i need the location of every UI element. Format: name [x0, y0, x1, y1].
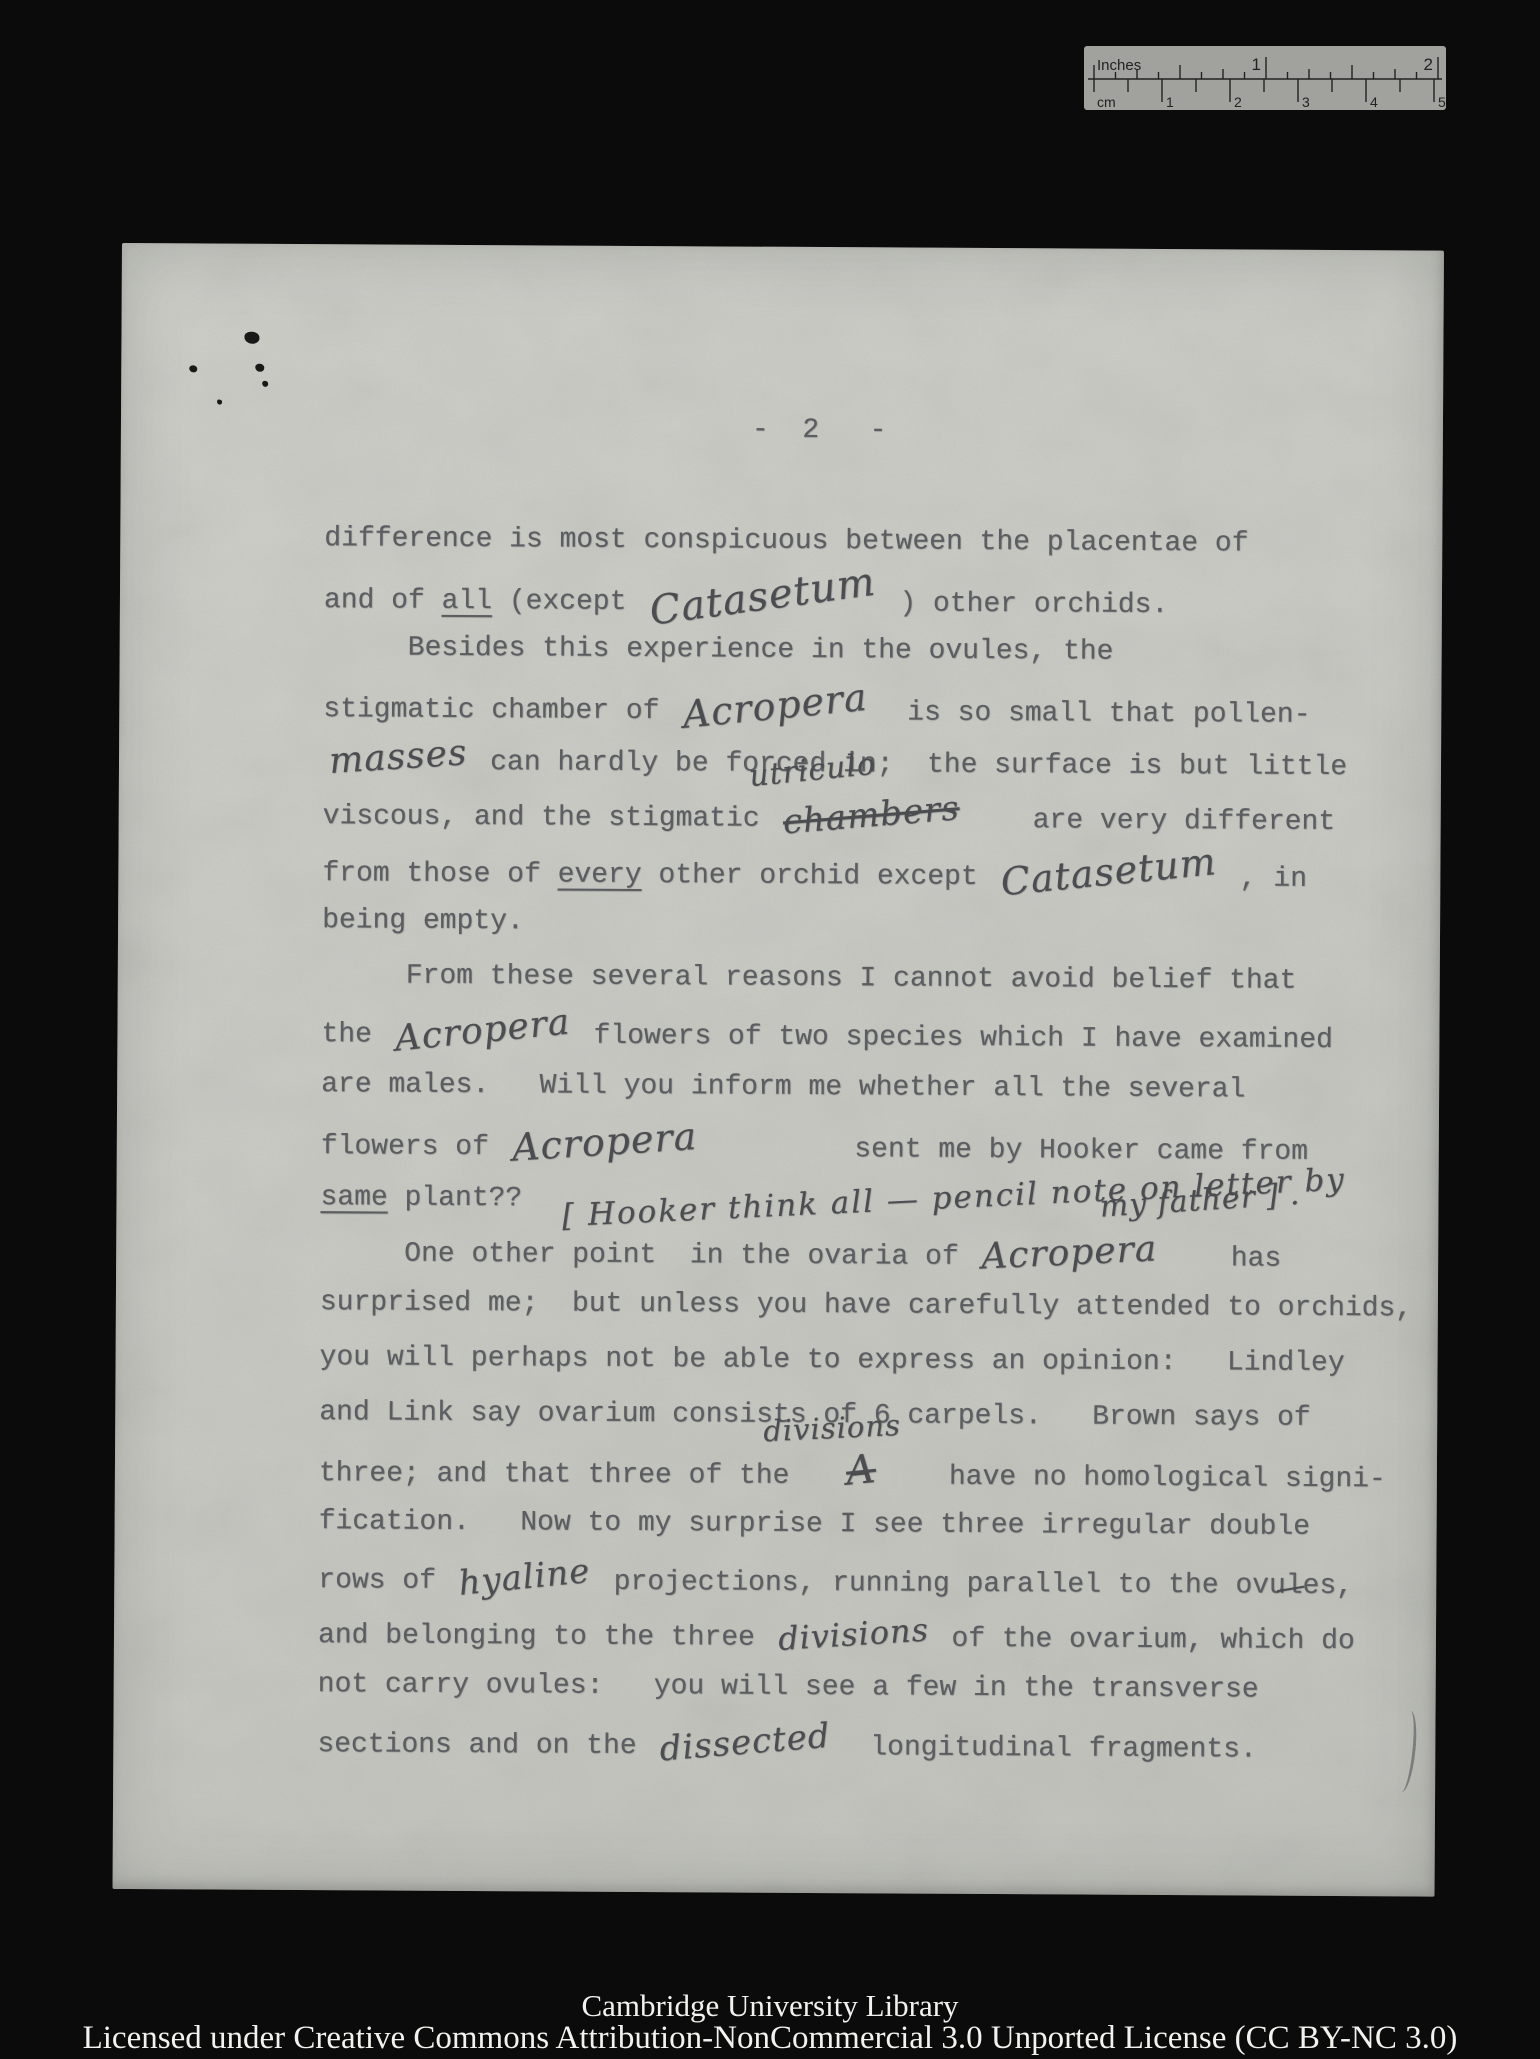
- ruler-cm-number: 3: [1302, 94, 1310, 110]
- typed-text: plant??: [388, 1183, 556, 1215]
- typescript-line: fication. Now to my surprise I see three…: [318, 1495, 1468, 1556]
- typescript-line: are males. Will you inform me whether al…: [321, 1058, 1471, 1119]
- typescript-line: not carry ovules: you will see a few in …: [318, 1659, 1468, 1720]
- scan-stage: Inchescm1212345 - 2 - difference is most…: [0, 0, 1540, 2059]
- typed-text: fication. Now to my surprise I see three…: [319, 1506, 1311, 1543]
- typescript-line: difference is most conspicuous between t…: [324, 512, 1474, 573]
- typed-text: three; and that three of the: [319, 1458, 840, 1492]
- ruler-cm-number: 1: [1166, 94, 1174, 110]
- paper-speck: [262, 381, 268, 387]
- typed-text: flowers of: [321, 1131, 506, 1163]
- handwritten-word: hyaline: [456, 1544, 593, 1611]
- inserted-word-divisions: divisions: [762, 1408, 901, 1448]
- typed-text: Besides this experience in the ovules, t…: [324, 632, 1114, 668]
- handwritten-word: masses: [327, 727, 469, 790]
- handwritten-annotations: utriculomy father ] .divisions—: [122, 243, 1444, 251]
- typed-text: all: [441, 585, 492, 616]
- typed-text: sections and on the: [317, 1729, 653, 1762]
- library-credit: Cambridge University Library: [0, 1988, 1540, 2024]
- paper-speck: [189, 365, 197, 372]
- typed-text: rows of: [318, 1565, 453, 1597]
- typed-text: same: [320, 1182, 387, 1213]
- typed-text: have no homological signi-: [882, 1461, 1386, 1495]
- typed-text: and of: [324, 585, 442, 617]
- typed-text: other orchid except: [642, 860, 995, 893]
- paper-speck: [244, 332, 259, 344]
- handwritten-word: Acropera: [510, 1108, 699, 1174]
- typescript-line: viscous, and the stigmatic chambers are …: [323, 785, 1473, 846]
- typed-text: difference is most conspicuous between t…: [324, 523, 1248, 559]
- typed-text: One other point in the ovaria of: [320, 1238, 975, 1273]
- typescript-line: the Acropera flowers of two species whic…: [321, 1004, 1471, 1065]
- typescript-line: masses can hardly be forced in; the surf…: [323, 731, 1473, 792]
- typescript-line: Besides this experience in the ovules, t…: [324, 621, 1474, 682]
- paper-specks: [122, 243, 1444, 251]
- typed-text: , in: [1223, 863, 1307, 894]
- ruler-cm-number: 4: [1370, 94, 1378, 110]
- ruler-cm-number: 5: [1438, 94, 1446, 110]
- typed-text: From these several reasons I cannot avoi…: [322, 960, 1297, 997]
- typed-text: not carry ovules: you will see a few in …: [318, 1670, 1259, 1706]
- typed-text: stigmatic chamber of: [323, 694, 676, 727]
- typescript-line: From these several reasons I cannot avoi…: [322, 949, 1472, 1010]
- measurement-ruler: Inchescm1212345: [1084, 46, 1446, 110]
- typescript-line: and of all (except Catasetum ) other orc…: [324, 567, 1474, 628]
- typed-text: flowers of two species which I have exam…: [577, 1021, 1333, 1056]
- typed-text: of the ovarium, which do: [935, 1624, 1355, 1657]
- typescript-line: from those of every other orchid except …: [322, 840, 1472, 901]
- typescript-line: surprised me; but unless you have carefu…: [320, 1276, 1470, 1337]
- ruler-inches-label: Inches: [1097, 57, 1141, 74]
- typed-text: ) other orchids.: [882, 588, 1168, 621]
- ruler-cm-label: cm: [1097, 94, 1116, 110]
- handwritten-word: Acropera: [680, 670, 870, 743]
- typed-text: the: [321, 1020, 388, 1051]
- typescript-line: being empty.: [322, 894, 1472, 955]
- handwritten-word: dissected: [657, 1709, 832, 1777]
- handwritten-word: chambers: [780, 781, 961, 850]
- ruler-inch-number: 2: [1424, 55, 1433, 74]
- ruler-cm-number: 2: [1234, 94, 1242, 110]
- document-page: - 2 - difference is most conspicuous bet…: [113, 243, 1444, 1897]
- typed-text: every: [558, 859, 642, 890]
- typed-text: surprised me; but unless you have carefu…: [320, 1287, 1412, 1324]
- typescript-line: One other point in the ovaria of Acroper…: [320, 1222, 1470, 1283]
- typed-text: from those of: [322, 858, 557, 890]
- pencil-dash: —: [1273, 1567, 1309, 1607]
- handwritten-word: A: [843, 1442, 878, 1499]
- typed-text: are very different: [965, 805, 1335, 838]
- handwritten-word: Acropera: [980, 1222, 1158, 1285]
- typed-text: projections, running parallel to the ovu…: [597, 1567, 1353, 1602]
- handwritten-word: divisions: [776, 1602, 930, 1666]
- typescript-line: three; and that three of the A have no h…: [319, 1440, 1469, 1501]
- typed-text: are males. Will you inform me whether al…: [321, 1069, 1245, 1105]
- typed-text: being empty.: [322, 905, 524, 937]
- license-text: Licensed under Creative Commons Attribut…: [0, 2020, 1540, 2057]
- typescript-line: stigmatic chamber of Acropera is so smal…: [323, 676, 1473, 737]
- typed-text: you will perhaps not be able to express …: [319, 1342, 1344, 1379]
- page-number: - 2 -: [752, 415, 887, 447]
- paper-speck: [217, 400, 222, 405]
- typescript-line: sections and on the dissected longitudin…: [317, 1713, 1467, 1774]
- typescript-line: and belonging to the three divisions of …: [318, 1604, 1468, 1665]
- typed-text: longitudinal fragments.: [837, 1732, 1257, 1765]
- typed-text: viscous, and the stigmatic: [323, 801, 777, 835]
- handwritten-word: Acropera: [392, 996, 573, 1068]
- typed-text: and belonging to the three: [318, 1620, 772, 1654]
- typed-text: has: [1163, 1243, 1281, 1275]
- ruler-inch-number: 1: [1252, 55, 1261, 74]
- typed-text: (except: [492, 586, 643, 618]
- paper-speck: [255, 364, 264, 372]
- typescript-line: you will perhaps not be able to express …: [319, 1331, 1469, 1392]
- typed-text: is so small that pollen-: [873, 697, 1310, 731]
- typed-text: can hardly be forced in; the surface is …: [473, 747, 1347, 783]
- handwritten-word: Catasetum: [998, 834, 1219, 910]
- ruler-scale: Inchescm1212345: [1084, 46, 1446, 110]
